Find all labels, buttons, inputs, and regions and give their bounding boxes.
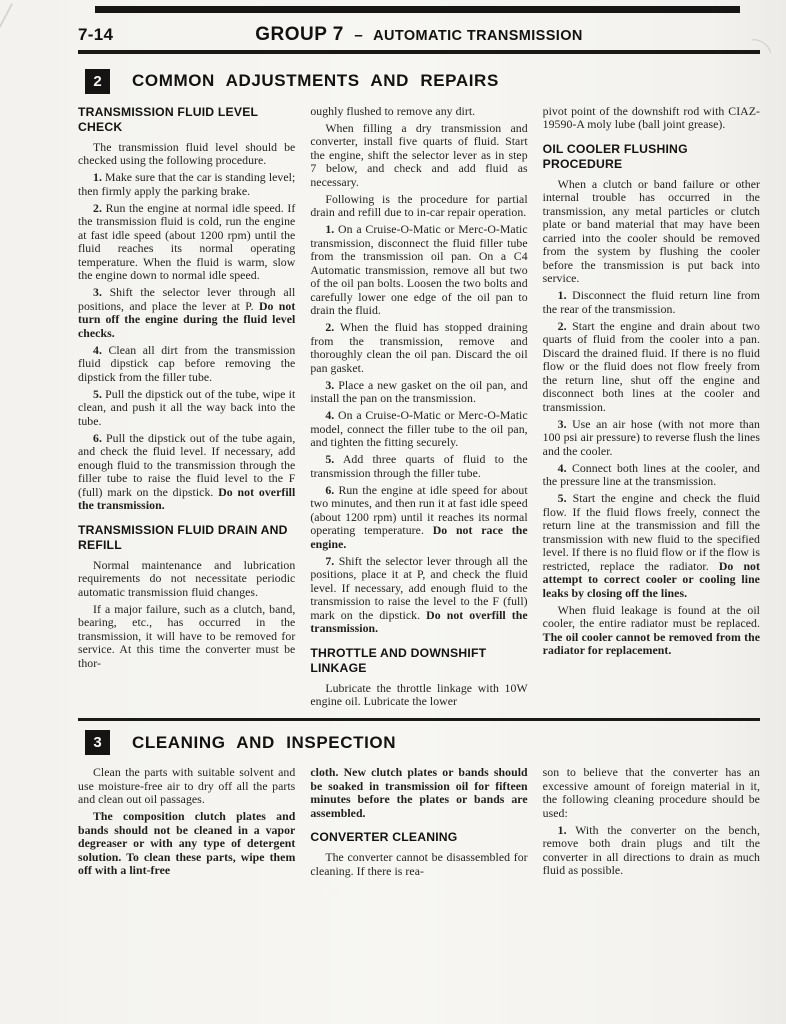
manual-page: 7-14 GROUP 7 – AUTOMATIC TRANSMISSION 2 …: [0, 0, 786, 1024]
step-paragraph: 2. Run the engine at normal idle speed. …: [78, 202, 295, 283]
bold-text-run: 4.: [93, 343, 102, 357]
text-run: On a Cruise-O-Matic or Merc-O-Matic tran…: [310, 222, 527, 317]
step-paragraph: 1. Disconnect the fluid return line from…: [543, 289, 760, 316]
section-number-badge: 2: [85, 69, 110, 94]
section-title: CLEANING AND INSPECTION: [132, 733, 396, 753]
bold-text-run: 7.: [325, 554, 334, 568]
text-run: THROTTLE AND DOWNSHIFT LINKAGE: [310, 646, 486, 675]
step-paragraph: 3. Place a new gasket on the oil pan, an…: [310, 379, 527, 406]
text-run: Start the engine and drain about two qua…: [543, 319, 760, 414]
paragraph: The converter cannot be disassembled for…: [310, 851, 527, 878]
text-column: son to believe that the converter has an…: [543, 766, 760, 881]
bold-text-run: 2.: [325, 320, 334, 334]
text-run: TRANSMISSION FLUID LEVEL CHECK: [78, 105, 258, 134]
header-rule: [78, 50, 760, 54]
step-paragraph: 4. On a Cruise-O-Matic or Merc-O-Matic m…: [310, 409, 527, 450]
section-header-adjustments: 2 COMMON ADJUSTMENTS AND REPAIRS: [78, 69, 760, 94]
text-run: Pull the dipstick out of the tube, wipe …: [78, 387, 295, 428]
bold-text-run: 5.: [325, 452, 334, 466]
bold-text-run: 6.: [93, 431, 102, 445]
paragraph: When fluid leakage is found at the oil c…: [543, 604, 760, 658]
text-run: When filling a dry transmission and conv…: [310, 121, 527, 189]
bold-text-run: 1.: [558, 823, 567, 837]
bold-text-run: 1.: [93, 170, 102, 184]
text-run: TRANSMISSION FLUID DRAIN AND REFILL: [78, 523, 288, 552]
text-run: Use an air hose (with not more than 100 …: [543, 417, 760, 458]
step-paragraph: 4. Connect both lines at the cooler, and…: [543, 462, 760, 489]
bold-text-run: 5.: [93, 387, 102, 401]
text-run: Run the engine at normal idle speed. If …: [78, 201, 295, 283]
bold-text-run: 4.: [325, 408, 334, 422]
column-heading: THROTTLE AND DOWNSHIFT LINKAGE: [310, 646, 527, 676]
step-paragraph: 1. On a Cruise-O-Matic or Merc-O-Matic t…: [310, 223, 527, 318]
text-run: CONVERTER CLEANING: [310, 830, 457, 844]
bold-text-run: The composition clutch plates and bands …: [78, 809, 295, 877]
step-paragraph: 2. Start the engine and drain about two …: [543, 320, 760, 415]
section-columns: Clean the parts with suitable solvent an…: [78, 766, 760, 882]
header-group-label: GROUP 7: [255, 24, 344, 45]
step-paragraph: 3. Shift the selector lever through all …: [78, 286, 295, 340]
bold-text-run: 3.: [93, 285, 102, 299]
header-dash: –: [354, 27, 362, 44]
text-run: oughly flushed to remove any dirt.: [310, 104, 475, 118]
bold-text-run: 6.: [325, 483, 334, 497]
step-paragraph: 1. Make sure that the car is standing le…: [78, 171, 295, 198]
text-run: The transmission fluid level should be c…: [78, 140, 295, 168]
text-run: son to believe that the converter has an…: [543, 765, 760, 820]
text-run: With the converter on the bench, remove …: [543, 823, 760, 878]
paragraph: Normal maintenance and lubrication requi…: [78, 559, 295, 600]
text-run: OIL COOLER FLUSHING PROCEDURE: [543, 142, 688, 171]
column-heading: OIL COOLER FLUSHING PROCEDURE: [543, 142, 760, 172]
paragraph: oughly flushed to remove any dirt.: [310, 105, 527, 119]
text-run: If a major failure, such as a clutch, ba…: [78, 602, 295, 670]
bold-text-run: cloth. New clutch plates or bands should…: [310, 765, 527, 820]
step-paragraph: 1. With the converter on the bench, remo…: [543, 824, 760, 878]
bold-text-run: 1.: [325, 222, 334, 236]
text-run: Connect both lines at the cooler, and th…: [543, 461, 760, 489]
step-paragraph: 3. Use an air hose (with not more than 1…: [543, 418, 760, 459]
paragraph: cloth. New clutch plates or bands should…: [310, 766, 527, 820]
bold-text-run: 3.: [325, 378, 334, 392]
step-paragraph: 5. Pull the dipstick out of the tube, wi…: [78, 388, 295, 429]
header-title: GROUP 7 – AUTOMATIC TRANSMISSION: [255, 24, 583, 46]
text-run: When fluid leakage is found at the oil c…: [543, 603, 760, 631]
section-divider-rule: [78, 718, 760, 721]
text-run: When the fluid has stopped draining from…: [310, 320, 527, 375]
scan-top-bar: [95, 6, 740, 13]
text-run: Clean the parts with suitable solvent an…: [78, 765, 295, 806]
step-paragraph: 4. Clean all dirt from the transmission …: [78, 344, 295, 385]
text-run: Disconnect the fluid return line from th…: [543, 288, 760, 316]
text-run: Place a new gasket on the oil pan, and i…: [310, 378, 527, 406]
page-content: 7-14 GROUP 7 – AUTOMATIC TRANSMISSION 2 …: [78, 22, 760, 882]
step-paragraph: 2. When the fluid has stopped draining f…: [310, 321, 527, 375]
paragraph: son to believe that the converter has an…: [543, 766, 760, 820]
column-heading: CONVERTER CLEANING: [310, 830, 527, 845]
section-columns: TRANSMISSION FLUID LEVEL CHECKThe transm…: [78, 105, 760, 713]
paragraph: The composition clutch plates and bands …: [78, 810, 295, 878]
text-column: oughly flushed to remove any dirt.When f…: [310, 105, 527, 713]
text-column: Clean the parts with suitable solvent an…: [78, 766, 295, 881]
bold-text-run: 3.: [558, 417, 567, 431]
text-run: Clean all dirt from the transmission flu…: [78, 343, 295, 384]
bold-text-run: 2.: [558, 319, 567, 333]
paragraph: Clean the parts with suitable solvent an…: [78, 766, 295, 807]
text-run: On a Cruise-O-Matic or Merc-O-Matic mode…: [310, 408, 527, 449]
bold-text-run: 1.: [558, 288, 567, 302]
paragraph: When a clutch or band failure or other i…: [543, 178, 760, 286]
paragraph: Following is the procedure for partial d…: [310, 193, 527, 220]
paragraph: Lubricate the throttle linkage with 10W …: [310, 682, 527, 709]
section-number-badge: 3: [85, 730, 110, 755]
header-subject-label: AUTOMATIC TRANSMISSION: [373, 28, 583, 44]
page-number: 7-14: [78, 25, 113, 45]
step-paragraph: 6. Pull the dipstick out of the tube aga…: [78, 432, 295, 513]
step-paragraph: 5. Add three quarts of fluid to the tran…: [310, 453, 527, 480]
column-heading: TRANSMISSION FLUID DRAIN AND REFILL: [78, 523, 295, 553]
text-column: TRANSMISSION FLUID LEVEL CHECKThe transm…: [78, 105, 295, 674]
text-run: Make sure that the car is standing level…: [78, 170, 295, 198]
paragraph: The transmission fluid level should be c…: [78, 141, 295, 168]
text-run: Add three quarts of fluid to the transmi…: [310, 452, 527, 480]
step-paragraph: 7. Shift the selector lever through all …: [310, 555, 527, 636]
paragraph: When filling a dry transmission and conv…: [310, 122, 527, 190]
text-run: The converter cannot be disassembled for…: [310, 850, 527, 878]
text-column: pivot point of the downshift rod with CI…: [543, 105, 760, 662]
bold-text-run: 4.: [558, 461, 567, 475]
text-run: When a clutch or band failure or other i…: [543, 177, 760, 286]
text-run: Following is the procedure for partial d…: [310, 192, 527, 220]
text-run: Normal maintenance and lubrication requi…: [78, 558, 295, 599]
section-title: COMMON ADJUSTMENTS AND REPAIRS: [132, 71, 499, 91]
step-paragraph: 5. Start the engine and check the fluid …: [543, 492, 760, 600]
section-header-cleaning: 3 CLEANING AND INSPECTION: [78, 730, 760, 755]
paragraph: If a major failure, such as a clutch, ba…: [78, 603, 295, 671]
text-run: pivot point of the downshift rod with CI…: [543, 104, 760, 132]
scan-scratch-artifact: [0, 3, 12, 30]
column-heading: TRANSMISSION FLUID LEVEL CHECK: [78, 105, 295, 135]
bold-text-run: The oil cooler cannot be removed from th…: [543, 630, 760, 658]
bold-text-run: 2.: [93, 201, 102, 215]
paragraph: pivot point of the downshift rod with CI…: [543, 105, 760, 132]
text-run: Lubricate the throttle linkage with 10W …: [310, 681, 527, 709]
page-header: 7-14 GROUP 7 – AUTOMATIC TRANSMISSION: [78, 22, 760, 49]
bold-text-run: 5.: [558, 491, 567, 505]
step-paragraph: 6. Run the engine at idle speed for abou…: [310, 484, 527, 552]
text-column: cloth. New clutch plates or bands should…: [310, 766, 527, 882]
